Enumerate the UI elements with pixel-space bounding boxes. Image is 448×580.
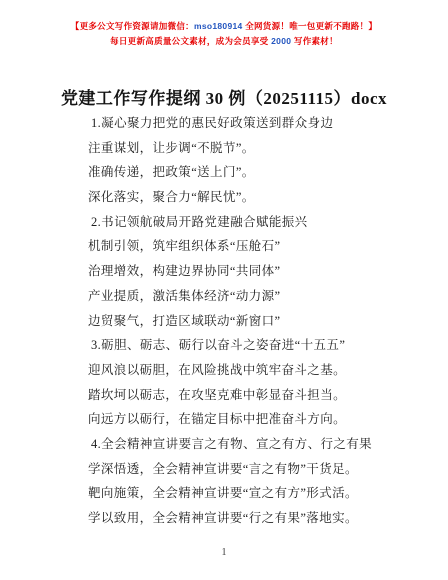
document-page: 【更多公文写作资源请加微信：mso180914 全网货源！唯一包更新不跑路！】 … — [0, 0, 448, 580]
watermark-text: 写作素材！ — [291, 36, 338, 46]
document-line: 深化落实，聚合力“解民忧”。 — [88, 185, 418, 210]
document-line: 向远方以砺行，在锚定目标中把准奋斗方向。 — [88, 407, 418, 432]
document-line: 踏坎坷以砺志，在攻坚克难中彰显奋斗担当。 — [88, 383, 418, 408]
watermark-text: 全网货源！唯一包更新不跑路！】 — [243, 21, 378, 31]
section-heading-line: 3.砺胆、砺志、砺行以奋斗之姿奋进“十五五” — [88, 333, 418, 358]
watermark-text: 【更多公文写作资源请加微信： — [71, 21, 194, 31]
watermark-text: 每日更新高质量公文素材，成为会员享受 — [110, 36, 271, 46]
section-heading-line: 4.全会精神宣讲要言之有物、宣之有方、行之有果 — [88, 432, 418, 457]
document-line: 注重谋划，让步调“不脱节”。 — [88, 136, 418, 161]
document-line: 机制引领，筑牢组织体系“压舱石” — [88, 234, 418, 259]
material-count: 2000 — [271, 36, 291, 46]
page-number: 1 — [0, 547, 448, 558]
document-line: 边贸聚气，打造区域联动“新窗口” — [88, 309, 418, 334]
section-heading-line: 1.凝心聚力把党的惠民好政策送到群众身边 — [88, 111, 418, 136]
document-line: 产业提质，激活集体经济“动力源” — [88, 284, 418, 309]
document-line: 准确传递，把政策“送上门”。 — [88, 160, 418, 185]
watermark-banner: 【更多公文写作资源请加微信：mso180914 全网货源！唯一包更新不跑路！】 … — [0, 19, 448, 49]
section-heading-line: 2.书记领航破局开路党建融合赋能振兴 — [88, 210, 418, 235]
document-title: 党建工作写作提纲 30 例（20251115）docx — [0, 84, 448, 109]
watermark-line-1: 【更多公文写作资源请加微信：mso180914 全网货源！唯一包更新不跑路！】 — [0, 19, 448, 34]
document-line: 靶向施策，全会精神宣讲要“宣之有方”形式活。 — [88, 481, 418, 506]
document-body: 1.凝心聚力把党的惠民好政策送到群众身边注重谋划，让步调“不脱节”。准确传递，把… — [88, 111, 418, 531]
document-line: 学以致用，全会精神宣讲要“行之有果”落地实。 — [88, 506, 418, 531]
watermark-line-2: 每日更新高质量公文素材，成为会员享受 2000 写作素材！ — [0, 34, 448, 49]
document-line: 治理增效，构建边界协同“共同体” — [88, 259, 418, 284]
wechat-id: mso180914 — [194, 21, 243, 31]
document-line: 学深悟透，全会精神宣讲要“言之有物”干货足。 — [88, 457, 418, 482]
document-line: 迎风浪以砺胆，在风险挑战中筑牢奋斗之基。 — [88, 358, 418, 383]
